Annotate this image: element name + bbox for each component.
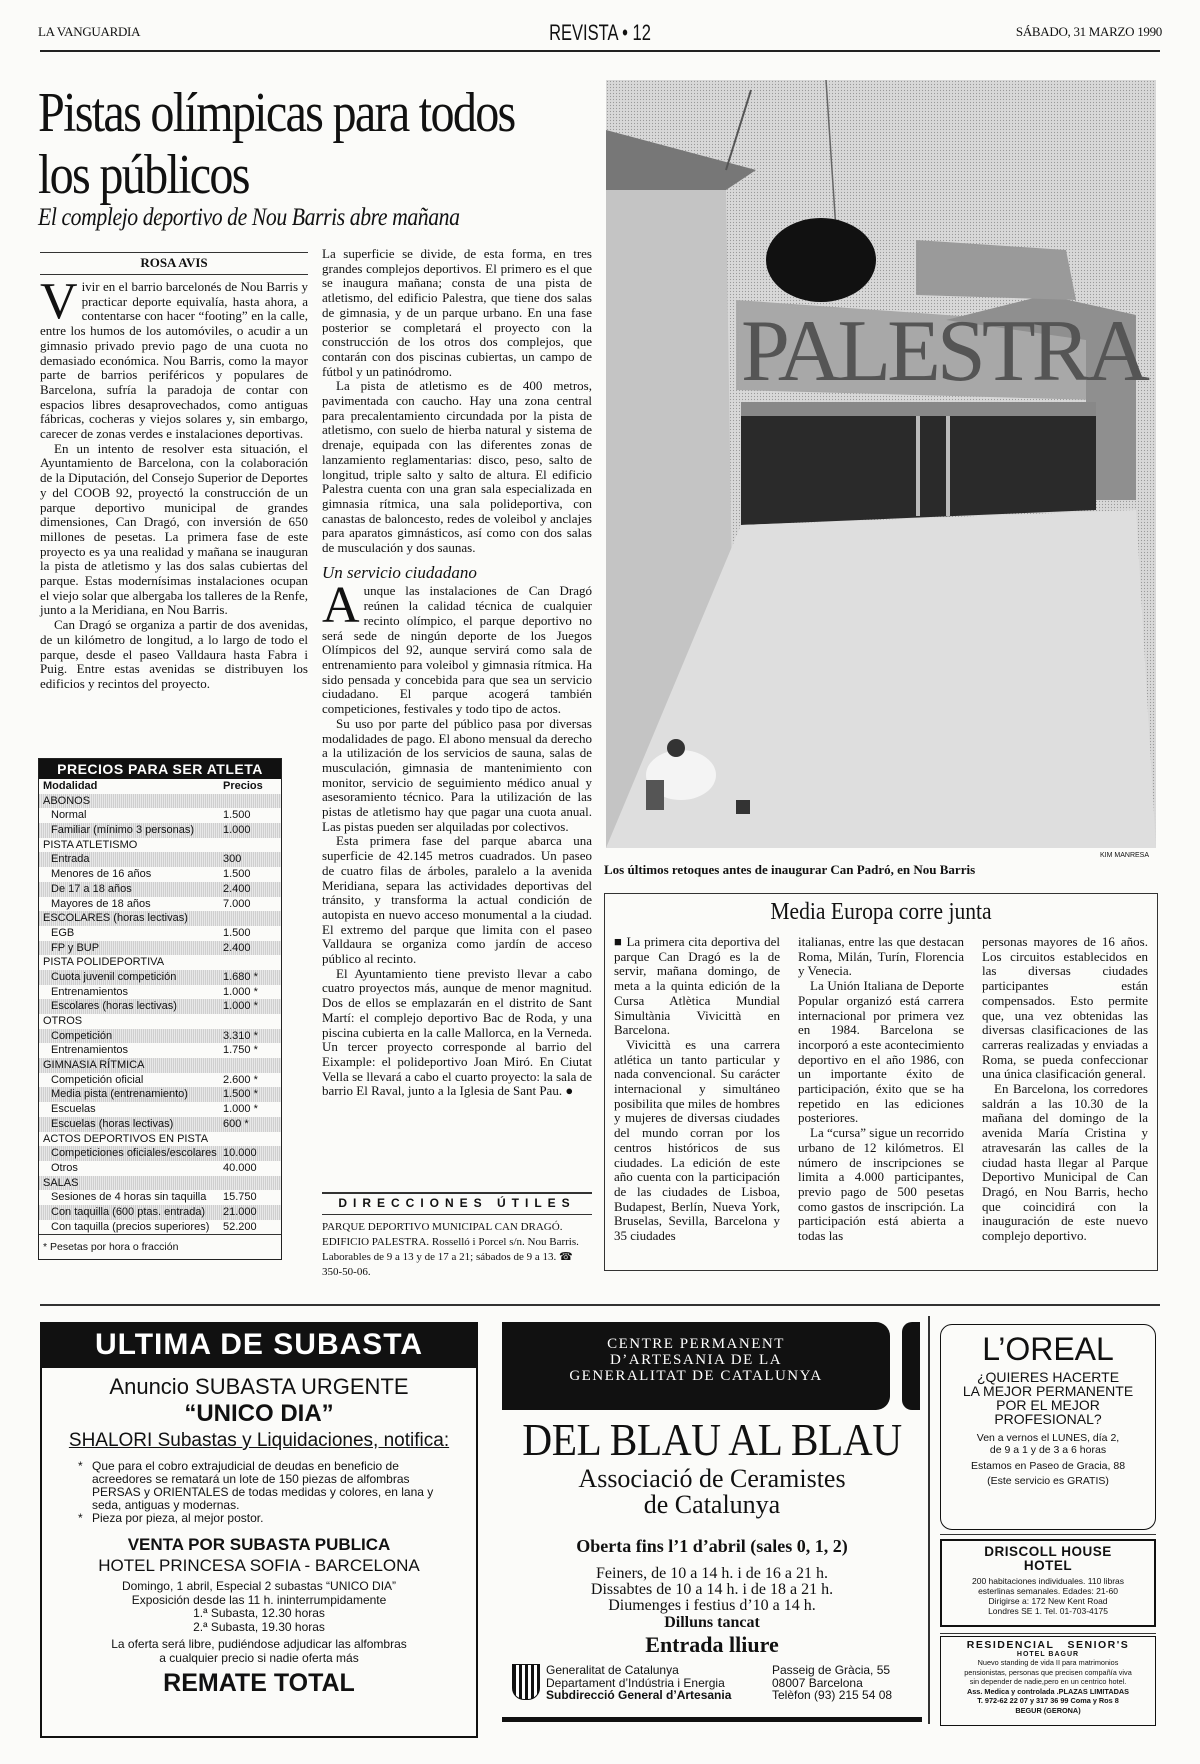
sidebar-column-3: personas mayores de 16 años. Los circuit… bbox=[982, 935, 1148, 1244]
ad-brand: L’OREAL bbox=[941, 1331, 1155, 1368]
ad-line: Exposición desde las 11 h. ininterrumpid… bbox=[42, 1594, 476, 1608]
ad-schedule: Domingo, 1 abril, Especial 2 subastas “U… bbox=[42, 1580, 476, 1634]
ad-line: 1.ª Subasta, 12.30 horas bbox=[42, 1607, 476, 1621]
price-value: 1.500 bbox=[223, 926, 275, 941]
ad-line: Domingo, 1 abril, Especial 2 subastas “U… bbox=[42, 1580, 476, 1594]
ad-line: 200 habitaciones individuales. 110 libra… bbox=[942, 1576, 1154, 1586]
price-row: Competiciones oficiales/escolares10.000 bbox=[39, 1146, 281, 1161]
generalitat-shield-icon bbox=[512, 1664, 540, 1700]
price-label: Competición oficial bbox=[51, 1073, 143, 1088]
ad-line: Dirigirse a: 172 New Kent Road bbox=[942, 1596, 1154, 1606]
price-label: Escuelas (horas lectivas) bbox=[51, 1117, 173, 1132]
ad-line: Passeig de Gràcia, 55 bbox=[772, 1664, 912, 1677]
price-section-row: GIMNASIA RÍTMICA bbox=[39, 1058, 281, 1073]
price-section-row: ACTOS DEPORTIVOS EN PISTA bbox=[39, 1132, 281, 1147]
price-label: ACTOS DEPORTIVOS EN PISTA bbox=[43, 1132, 208, 1147]
price-label: Entrenamientos bbox=[51, 985, 128, 1000]
sidebar-title: Media Europa corre junta bbox=[632, 899, 1131, 926]
price-label: Mayores de 18 años bbox=[51, 897, 151, 912]
paragraph: En un intento de resolver esta situación… bbox=[40, 442, 308, 618]
price-value: 21.000 bbox=[223, 1205, 275, 1220]
ad-bullet: Que para el cobro extrajudicial de deuda… bbox=[82, 1460, 456, 1512]
ad-subasta: ULTIMA DE SUBASTA Anuncio SUBASTA URGENT… bbox=[40, 1322, 478, 1738]
price-label: EGB bbox=[51, 926, 74, 941]
paragraph: Can Dragó se organiza a partir de dos av… bbox=[40, 618, 308, 692]
price-section-row: ABONOS bbox=[39, 794, 281, 809]
article-column-2: La superficie se divide, de esta forma, … bbox=[322, 247, 592, 1099]
price-label: FP y BUP bbox=[51, 941, 99, 956]
ad-line: Oberta fins l’1 d’abril (sales 0, 1, 2) bbox=[502, 1536, 922, 1557]
price-row: Escolares (horas lectivas)1.000 * bbox=[39, 999, 281, 1014]
ad-line: RESIDENCIAL SENIOR'S bbox=[941, 1639, 1155, 1651]
column-header: Modalidad bbox=[43, 779, 97, 794]
photo-palestra-building: PALESTRA bbox=[606, 80, 1156, 848]
price-value bbox=[223, 911, 275, 926]
ad-bullets: Que para el cobro extrajudicial de deuda… bbox=[82, 1460, 456, 1525]
price-row: Media pista (entrenamiento)1.500 * bbox=[39, 1087, 281, 1102]
ad-line: LA MEJOR PERMANENTE bbox=[941, 1384, 1155, 1398]
ad-line: Generalitat de Catalunya bbox=[546, 1664, 772, 1677]
price-row: Competición oficial2.600 * bbox=[39, 1073, 281, 1088]
price-row: EGB1.500 bbox=[39, 926, 281, 941]
ad-line: HOTEL PRINCESA SOFIA - BARCELONA bbox=[42, 1556, 476, 1576]
price-value: 1.680 * bbox=[223, 970, 275, 985]
ad-line: Ven a vernos el LUNES, día 2, bbox=[941, 1432, 1155, 1444]
price-value: 300 bbox=[223, 852, 275, 867]
sidebar-column-2: italianas, entre las que destacan Roma, … bbox=[798, 935, 964, 1244]
paragraph: La superficie se divide, de esta forma, … bbox=[322, 247, 592, 379]
divider bbox=[940, 1534, 1156, 1535]
price-value: 2.400 bbox=[223, 882, 275, 897]
ad-banner: ULTIMA DE SUBASTA bbox=[42, 1324, 476, 1368]
price-label: De 17 a 18 años bbox=[51, 882, 132, 897]
ad-line: Dilluns tancat bbox=[502, 1614, 922, 1632]
ad-line: BEGUR (GERONA) bbox=[941, 1706, 1155, 1716]
price-label: Media pista (entrenamiento) bbox=[51, 1087, 188, 1102]
price-value: 1.500 bbox=[223, 808, 275, 823]
price-label: Cuota juvenil competición bbox=[51, 970, 176, 985]
price-label: Normal bbox=[51, 808, 86, 823]
price-row: Escuelas1.000 * bbox=[39, 1102, 281, 1117]
header-rule bbox=[40, 50, 1160, 52]
ad-line: Associació de Ceramistes bbox=[502, 1466, 922, 1492]
price-section-row: OTROS bbox=[39, 1014, 281, 1029]
paragraph: Esta primera fase del parque abarca una … bbox=[322, 834, 592, 966]
price-value: 600 * bbox=[223, 1117, 275, 1132]
price-label: ABONOS bbox=[43, 794, 90, 809]
ad-line: GENERALITAT DE CATALUNYA bbox=[502, 1368, 890, 1384]
photo-caption: Los últimos retoques antes de inaugurar … bbox=[604, 862, 975, 878]
divider bbox=[928, 1316, 930, 1724]
ad-line: Ass. Medica y controlada .PLAZAS LIMITAD… bbox=[941, 1687, 1155, 1697]
ad-line: Dissabtes de 10 a 14 h. i de 18 a 21 h. bbox=[502, 1582, 922, 1598]
paragraph: El Ayuntamiento tiene previsto llevar a … bbox=[322, 967, 592, 1099]
price-value: 1.000 bbox=[223, 823, 275, 838]
price-value bbox=[223, 1132, 275, 1147]
price-label: Competiciones oficiales/escolares bbox=[51, 1146, 217, 1161]
price-value bbox=[223, 955, 275, 970]
price-label: Escuelas bbox=[51, 1102, 96, 1117]
price-value: 1.000 * bbox=[223, 1102, 275, 1117]
price-label: ESCOLARES (horas lectivas) bbox=[43, 911, 188, 926]
dropcap: A bbox=[322, 586, 364, 626]
price-label: GIMNASIA RÍTMICA bbox=[43, 1058, 144, 1073]
ad-line: SHALORI Subastas y Liquidaciones, notifi… bbox=[42, 1430, 476, 1452]
useful-addresses-title: DIRECCIONES ÚTILES bbox=[322, 1196, 592, 1210]
price-row: Mayores de 18 años7.000 bbox=[39, 897, 281, 912]
price-value: 3.310 * bbox=[223, 1029, 275, 1044]
price-row: Con taquilla (600 ptas. entrada)21.000 bbox=[39, 1205, 281, 1220]
ad-line: CENTRE PERMANENT bbox=[502, 1336, 890, 1352]
price-label: OTROS bbox=[43, 1014, 82, 1029]
column-header: Precios bbox=[223, 779, 275, 794]
issue-date: SÁBADO, 31 MARZO 1990 bbox=[1016, 24, 1162, 40]
price-value: 40.000 bbox=[223, 1161, 275, 1176]
ad-line: VENTA POR SUBASTA PUBLICA bbox=[42, 1535, 476, 1555]
sidebar-column-1: ■ La primera cita deportiva del parque C… bbox=[614, 935, 780, 1244]
price-label: Con taquilla (600 ptas. entrada) bbox=[51, 1205, 205, 1220]
ad-line: PROFESIONAL? bbox=[941, 1412, 1155, 1426]
ad-line: 2.ª Subasta, 19.30 horas bbox=[42, 1621, 476, 1635]
price-value: 52.200 bbox=[223, 1220, 275, 1235]
divider bbox=[940, 1633, 1156, 1634]
dropcap: V bbox=[40, 282, 82, 322]
price-label: Otros bbox=[51, 1161, 78, 1176]
price-value: 1.500 bbox=[223, 867, 275, 882]
divider bbox=[322, 1214, 592, 1215]
section-page: REVISTA • 12 bbox=[150, 20, 1050, 46]
decorative-bracket bbox=[902, 1322, 920, 1410]
palestra-sign: PALESTRA bbox=[741, 303, 1149, 400]
ad-line: Telèfon (93) 215 54 08 bbox=[772, 1689, 912, 1702]
publication-name: LA VANGUARDIA bbox=[38, 24, 140, 40]
price-row: Cuota juvenil competición1.680 * bbox=[39, 970, 281, 985]
ad-line: esterlinas semanales. Edades: 21-60 bbox=[942, 1586, 1154, 1596]
ads-divider bbox=[40, 1304, 1160, 1306]
ad-question: ¿QUIERES HACERTE LA MEJOR PERMANENTE POR… bbox=[941, 1370, 1155, 1426]
ad-hours: Feiners, de 10 a 14 h. i de 16 a 21 h. D… bbox=[502, 1566, 922, 1614]
price-value: 15.750 bbox=[223, 1190, 275, 1205]
ad-offer: La oferta será libre, pudiéndose adjudic… bbox=[42, 1638, 476, 1665]
price-label: Sesiones de 4 horas sin taquilla bbox=[51, 1190, 206, 1205]
ad-line: a cualquier precio si nadie oferta más bbox=[42, 1652, 476, 1666]
price-table-footnote: * Pesetas por hora o fracción bbox=[39, 1234, 281, 1259]
price-label: Competición bbox=[51, 1029, 112, 1044]
ad-residencial-seniors: RESIDENCIAL SENIOR'S HOTEL BAGUR Nuevo s… bbox=[940, 1636, 1156, 1726]
price-row: Entrada300 bbox=[39, 852, 281, 867]
price-table-title: PRECIOS PARA SER ATLETA bbox=[39, 759, 281, 779]
ad-line: La oferta será libre, pudiéndose adjudic… bbox=[42, 1638, 476, 1652]
price-label: PISTA ATLETISMO bbox=[43, 838, 137, 853]
ad-line: ¿QUIERES HACERTE bbox=[941, 1370, 1155, 1384]
price-label: Menores de 16 años bbox=[51, 867, 151, 882]
price-value: 1.000 * bbox=[223, 999, 275, 1014]
ad-line: Subdirecció General d’Artesania bbox=[546, 1689, 772, 1702]
ad-line: Feiners, de 10 a 14 h. i de 16 a 21 h. bbox=[502, 1566, 922, 1582]
ad-loreal: L’OREAL ¿QUIERES HACERTE LA MEJOR PERMAN… bbox=[940, 1324, 1156, 1530]
ad-line: de 9 a 1 y de 3 a 6 horas bbox=[941, 1444, 1155, 1456]
ad-title: DEL BLAU AL BLAU bbox=[519, 1414, 905, 1466]
ad-line: HOTEL bbox=[942, 1559, 1154, 1573]
ad-line: Entrada lliure bbox=[502, 1632, 922, 1658]
price-value bbox=[223, 794, 275, 809]
byline: ROSA AVIS bbox=[40, 252, 308, 275]
ad-line: pensionistas, personas que precisen comp… bbox=[941, 1668, 1155, 1678]
ad-line: de Catalunya bbox=[502, 1492, 922, 1518]
price-section-row: PISTA POLIDEPORTIVA bbox=[39, 955, 281, 970]
paragraph: ■ La primera cita deportiva del parque C… bbox=[614, 935, 780, 1038]
price-row: Menores de 16 años1.500 bbox=[39, 867, 281, 882]
paragraph: Su uso por parte del público pasa por di… bbox=[322, 717, 592, 835]
price-label: Familiar (mínimo 3 personas) bbox=[51, 823, 194, 838]
article-column-1: Vivir en el barrio barcelonés de Nou Bar… bbox=[40, 280, 308, 692]
price-value: 7.000 bbox=[223, 897, 275, 912]
ad-line: Anuncio SUBASTA URGENTE bbox=[42, 1374, 476, 1400]
price-row: Entrenamientos1.750 * bbox=[39, 1043, 281, 1058]
price-section-row: PISTA ATLETISMO bbox=[39, 838, 281, 853]
ad-line: sin depender de nadie,pero en un centric… bbox=[941, 1677, 1155, 1687]
divider bbox=[322, 1192, 592, 1194]
price-value bbox=[223, 838, 275, 853]
paragraph: La Unión Italiana de Deporte Popular org… bbox=[798, 979, 964, 1126]
price-label: Con taquilla (precios superiores) bbox=[51, 1220, 209, 1235]
price-row: Familiar (mínimo 3 personas)1.000 bbox=[39, 823, 281, 838]
price-value: 1.000 * bbox=[223, 985, 275, 1000]
ad-line: (Este servicio es GRATIS) bbox=[941, 1475, 1155, 1487]
price-row: Entrenamientos1.000 * bbox=[39, 985, 281, 1000]
price-value bbox=[223, 1058, 275, 1073]
price-row: FP y BUP2.400 bbox=[39, 941, 281, 956]
price-row: Competición3.310 * bbox=[39, 1029, 281, 1044]
price-value: 1.750 * bbox=[223, 1043, 275, 1058]
headline: Pistas olímpicas para todos los públicos bbox=[38, 82, 554, 206]
price-value bbox=[223, 1176, 275, 1191]
ad-line: “UNICO DIA” bbox=[42, 1400, 476, 1428]
price-section-row: SALAS bbox=[39, 1176, 281, 1191]
ad-line: Diumenges i festius d’10 a 14 h. bbox=[502, 1598, 922, 1614]
price-row: Normal1.500 bbox=[39, 808, 281, 823]
price-label: Escolares (horas lectivas) bbox=[51, 999, 177, 1014]
price-row: Otros40.000 bbox=[39, 1161, 281, 1176]
ad-line: Nuevo standing de vida II para matrimoni… bbox=[941, 1658, 1155, 1668]
ad-bullet: Pieza por pieza, al mejor postor. bbox=[82, 1512, 456, 1525]
ad-line: HOTEL BAGUR bbox=[941, 1651, 1155, 1658]
ad-footer: Generalitat de Catalunya Departament d’I… bbox=[512, 1664, 912, 1702]
price-value: 2.600 * bbox=[223, 1073, 275, 1088]
ad-line: REMATE TOTAL bbox=[42, 1669, 476, 1698]
price-label: PISTA POLIDEPORTIVA bbox=[43, 955, 164, 970]
paragraph: Vivicittà es una carrera atlética un tan… bbox=[614, 1038, 780, 1244]
ad-line: DRISCOLL HOUSE bbox=[942, 1545, 1154, 1559]
photo-credit: KIM MANRESA bbox=[1100, 852, 1149, 859]
ad-artesania: CENTRE PERMANENT D’ARTESANIA DE LA GENER… bbox=[502, 1322, 922, 1734]
ad-line: POR EL MEJOR bbox=[941, 1398, 1155, 1412]
price-table-header: Modalidad Precios bbox=[39, 779, 281, 794]
paragraph: La pista de atletismo es de 400 metros, … bbox=[322, 379, 592, 555]
price-section-row: ESCOLARES (horas lectivas) bbox=[39, 911, 281, 926]
price-value bbox=[223, 1014, 275, 1029]
ad-line: T. 972-62 22 07 y 317 36 99 Coma y Ros 8 bbox=[941, 1696, 1155, 1706]
ad-line: Estamos en Paseo de Gracia, 88 bbox=[941, 1460, 1155, 1472]
ad-line: Londres SE 1. Tel. 01-703-4175 bbox=[942, 1606, 1154, 1616]
price-table: PRECIOS PARA SER ATLETA Modalidad Precio… bbox=[38, 758, 282, 1260]
price-value: 10.000 bbox=[223, 1146, 275, 1161]
price-label: Entrada bbox=[51, 852, 90, 867]
ad-line: D’ARTESANIA DE LA bbox=[502, 1352, 890, 1368]
price-label: Entrenamientos bbox=[51, 1043, 128, 1058]
ad-subtitle: Associació de Ceramistes de Catalunya bbox=[502, 1466, 922, 1518]
paragraph: personas mayores de 16 años. Los circuit… bbox=[982, 935, 1148, 1082]
useful-addresses-text: PARQUE DEPORTIVO MUNICIPAL CAN DRAGÓ. ED… bbox=[322, 1220, 592, 1280]
subhead: Un servicio ciudadano bbox=[322, 566, 592, 581]
price-value: 2.400 bbox=[223, 941, 275, 956]
paragraph: italianas, entre las que destacan Roma, … bbox=[798, 935, 964, 979]
price-row: Escuelas (horas lectivas)600 * bbox=[39, 1117, 281, 1132]
ad-driscoll-house: DRISCOLL HOUSE HOTEL 200 habitaciones in… bbox=[940, 1539, 1156, 1627]
divider bbox=[502, 1717, 922, 1722]
paragraph: La “cursa” sigue un recorrido urbano de … bbox=[798, 1126, 964, 1244]
deck: El complejo deportivo de Nou Barris abre… bbox=[38, 204, 460, 232]
price-row: Con taquilla (precios superiores)52.200 bbox=[39, 1220, 281, 1235]
price-value: 1.500 * bbox=[223, 1087, 275, 1102]
paragraph: En Barcelona, los corredores saldrán a l… bbox=[982, 1082, 1148, 1244]
price-row: De 17 a 18 años2.400 bbox=[39, 882, 281, 897]
price-row: Sesiones de 4 horas sin taquilla15.750 bbox=[39, 1190, 281, 1205]
price-label: SALAS bbox=[43, 1176, 78, 1191]
ad-banner: CENTRE PERMANENT D’ARTESANIA DE LA GENER… bbox=[502, 1322, 890, 1410]
